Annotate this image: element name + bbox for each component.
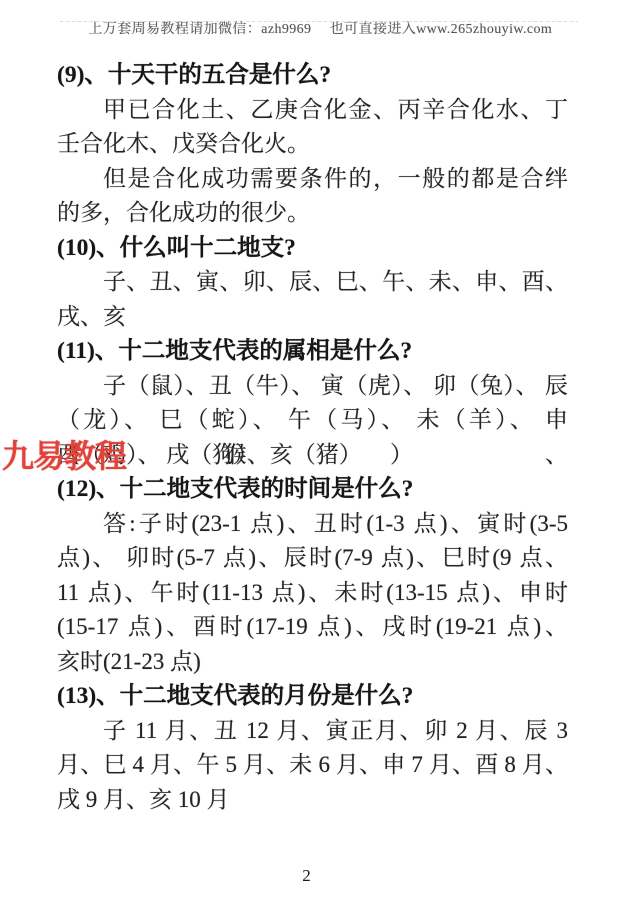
text-line: 戌 9 月、亥 10 月 <box>57 783 568 818</box>
answer-paragraph: 甲已合化土、乙庚合化金、丙辛合化水、丁壬合化木、戊癸合化火。 <box>57 93 568 162</box>
text-line: 甲已合化土、乙庚合化金、丙辛合化水、丁 <box>57 93 568 128</box>
page-header: 上万套周易教程请加微信：azh9969 也可直接进入www.265zhouyiw… <box>0 2 625 54</box>
text-line: 11 点)、午时(11-13 点)、未时(13-15 点)、申时 <box>57 576 568 611</box>
question-heading: (10)、什么叫十二地支? <box>57 231 568 266</box>
answer-paragraph: 子、丑、寅、卯、辰、巳、午、未、申、酉、戌、亥 <box>57 265 568 334</box>
text-line: 子、丑、寅、卯、辰、巳、午、未、申、酉、 <box>57 265 568 300</box>
text-line: 子 11 月、丑 12 月、寅正月、卯 2 月、辰 3 <box>57 714 568 749</box>
answer-paragraph: 答:子时(23-1 点)、丑时(1-3 点)、寅时(3-5点)、 卯时(5-7 … <box>57 507 568 680</box>
answer-paragraph: 子（鼠）、丑（牛）、 寅（虎）、 卯（兔）、 辰（龙）、 巳（蛇）、 午（马）、… <box>57 369 568 473</box>
page-body: (9)、十天干的五合是什么?甲已合化土、乙庚合化金、丙辛合化水、丁壬合化木、戊癸… <box>57 58 568 817</box>
header-promo-text: 上万套周易教程请加微信：azh9969 也可直接进入www.265zhouyiw… <box>88 22 552 37</box>
text-line: 月、巳 4 月、午 5 月、未 6 月、申 7 月、酉 8 月、 <box>57 748 568 783</box>
text-line: 亥时(21-23 点) <box>57 645 568 680</box>
text-line: 子（鼠）、丑（牛）、 寅（虎）、 卯（兔）、 辰 <box>57 369 568 404</box>
site-watermark: 九易教程 <box>2 438 126 474</box>
page-footer: 2 <box>0 866 613 886</box>
text-line: (15-17 点)、酉时(17-19 点)、戌时(19-21 点)、 <box>57 610 568 645</box>
text-line: 答:子时(23-1 点)、丑时(1-3 点)、寅时(3-5 <box>57 507 568 542</box>
document-page: 上万套周易教程请加微信：azh9969 也可直接进入www.265zhouyiw… <box>0 0 625 919</box>
question-heading: (9)、十天干的五合是什么? <box>57 58 568 93</box>
text-line: 的多，合化成功的很少。 <box>57 196 568 231</box>
text-line: 但是合化成功需要条件的，一般的都是合绊 <box>57 162 568 197</box>
text-line: 壬合化木、戊癸合化火。 <box>57 127 568 162</box>
question-heading: (13)、十二地支代表的月份是什么? <box>57 679 568 714</box>
page-number: 2 <box>302 866 311 885</box>
text-line: 点)、 卯时(5-7 点)、辰时(7-9 点)、巳时(9 点、 <box>57 541 568 576</box>
answer-paragraph: 子 11 月、丑 12 月、寅正月、卯 2 月、辰 3月、巳 4 月、午 5 月… <box>57 714 568 818</box>
header-divider <box>60 21 578 22</box>
text-line: （龙）、 巳（蛇）、 午（马）、 未（羊）、 申（猴）、 <box>57 403 568 438</box>
answer-paragraph: 但是合化成功需要条件的，一般的都是合绊的多，合化成功的很少。 <box>57 162 568 231</box>
question-heading: (12)、十二地支代表的时间是什么? <box>57 472 568 507</box>
question-heading: (11)、十二地支代表的属相是什么? <box>57 334 568 369</box>
text-line: 戌、亥 <box>57 300 568 335</box>
